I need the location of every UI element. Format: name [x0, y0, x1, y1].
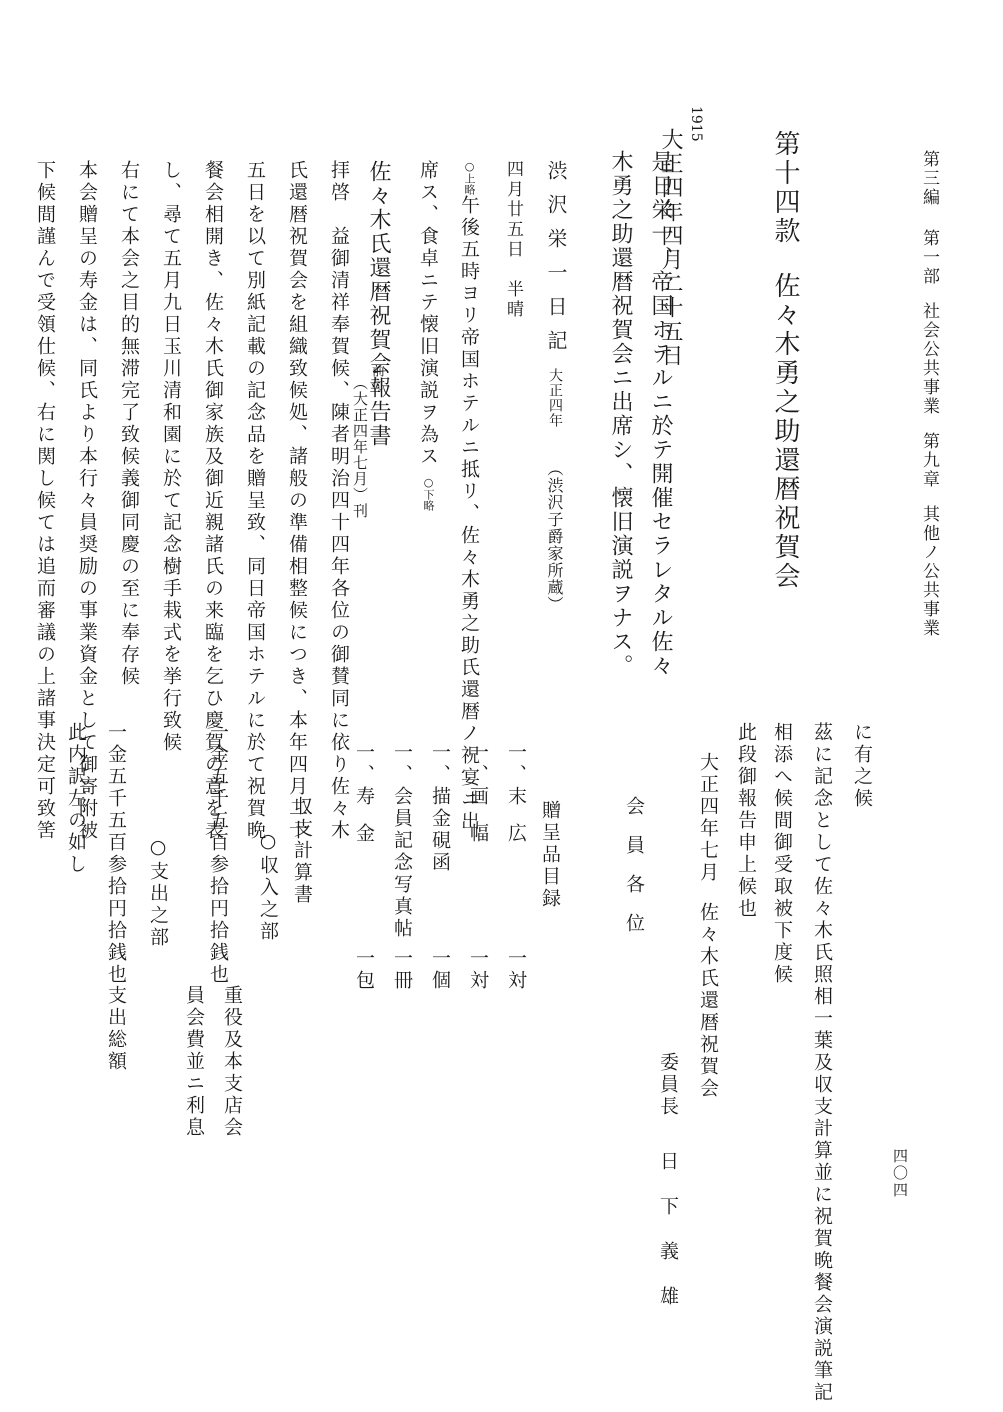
- gift-item: 一、末広: [506, 742, 525, 860]
- gifts-title: 贈呈品目録: [540, 800, 559, 910]
- signer-org: 佐々木氏還暦祝賀会: [698, 902, 717, 1100]
- expense-amount: 一金五千五百参拾円拾銭也: [106, 722, 125, 986]
- income-note: 重役及本支店会: [222, 985, 241, 1139]
- income-label: ○収入之部: [258, 830, 277, 943]
- signer: 委員長 日下義雄: [658, 1052, 677, 1331]
- report-body-line: 氏還暦祝賀会を組織致候処、諸般の準備相整候につき、本年四月二十: [287, 160, 306, 842]
- addressee: 会員各位: [624, 796, 643, 952]
- gift-item: 一、寿金: [354, 742, 373, 860]
- diary-entry: ○上略午後五時ヨリ帝国ホテルニ抵リ、佐々木勇之助氏還暦ノ祝宴ニ出: [459, 160, 478, 833]
- report-body-line: 拝啓 益御清祥奉賀候、陳者明治四十四年各位の御賛同に依り佐々木: [329, 160, 348, 842]
- running-head-part: 第三編: [919, 150, 939, 207]
- report-body-line: に有之候: [852, 722, 871, 810]
- gift-qty: 一対: [506, 948, 525, 992]
- running-head-part: 第一部: [919, 229, 939, 286]
- diary-entry-text: 午後五時ヨリ帝国ホテルニ抵リ、佐々木勇之助氏還暦ノ祝宴ニ出: [458, 195, 480, 833]
- omit-mark: ○上略: [463, 160, 476, 195]
- section-title: 第十四款佐々木勇之助還暦祝賀会: [772, 130, 798, 591]
- report-body-line: 此段御報告申上候也: [736, 722, 755, 920]
- gift-name: 会員記念写真帖: [391, 786, 413, 940]
- expense-label: ○支出之部: [148, 836, 167, 949]
- running-head: 第三編第一部社会公共事業第九章其他ノ公共事業: [920, 150, 937, 638]
- accounts-title: 収支計算書: [292, 796, 311, 906]
- report-date: 大正四年七月: [698, 752, 717, 884]
- section-title-text: 佐々木勇之助還暦祝賀会: [770, 272, 800, 591]
- diary-date: 四月廿五日 半晴: [504, 160, 521, 320]
- gift-mark: 一、: [391, 742, 413, 786]
- diary-entry-text: 席ス、食卓ニテ懐旧演説ヲ為ス: [417, 160, 439, 468]
- gift-item: 一、描金硯函: [430, 742, 449, 874]
- report-body-line: 五日を以て別紙記載の記念品を贈呈致、同日帝国ホテルに於て祝賀晩: [245, 160, 264, 842]
- gift-mark: 一、: [353, 742, 375, 786]
- diary-year: 大正四年: [548, 368, 562, 428]
- diary-source: （渋沢子爵家所蔵）: [546, 460, 562, 613]
- gift-name: 寿金: [353, 786, 375, 860]
- expense-note: 支出総額: [106, 985, 125, 1073]
- report-title: 佐々木氏還暦祝賀会報告書: [367, 160, 389, 448]
- gift-name: 画幅: [467, 786, 489, 860]
- page-number: 四〇四: [892, 1148, 907, 1199]
- running-head-part: 第九章: [919, 432, 939, 489]
- section-number: 第十四款: [770, 130, 800, 246]
- omit-mark: ○下略: [422, 476, 435, 511]
- report-body-line: し、尋て五月九日玉川清和園に於て記念樹手栽式を挙行致候: [161, 160, 180, 754]
- gift-mark: 一、: [505, 742, 527, 786]
- report-body-line: 茲に記念として佐々木氏照相一葉及収支計算並に祝賀晩餐会演説筆記: [812, 722, 831, 1404]
- summary-line: 是日栄一、帝国ホテルニ於テ開催セラレタル佐々: [649, 150, 671, 678]
- diary-entry: 席ス、食卓ニテ懐旧演説ヲ為ス○下略: [418, 160, 437, 511]
- gift-mark: 一、: [467, 742, 489, 786]
- income-note: 員会費並ニ利息: [184, 985, 203, 1139]
- report-body-line: 相添へ候間御受取被下度候: [772, 722, 791, 986]
- gift-qty: 一包: [354, 948, 373, 992]
- gift-name: 描金硯函: [429, 786, 451, 874]
- income-amount: 一金五千五百参拾円拾銭也: [208, 722, 227, 986]
- signer-name: 日下義雄: [657, 1151, 679, 1331]
- report-body-line: 右にて本会之目的無滞完了致候義御同慶の至に奉存候: [119, 160, 138, 688]
- gift-item: 一、画幅: [468, 742, 487, 860]
- running-head-part: 其他ノ公共事業: [919, 505, 939, 638]
- report-note-top: 前付: [370, 364, 383, 392]
- gift-qty: 一冊: [392, 948, 411, 992]
- summary-line: 木勇之助還暦祝賀会ニ出席シ、懐旧演説ヲナス。: [609, 150, 631, 678]
- diary-title: 渋沢栄一日記: [546, 160, 566, 364]
- gift-name: 末広: [505, 786, 527, 860]
- gift-qty: 一対: [468, 948, 487, 992]
- gift-qty: 一個: [430, 948, 449, 992]
- running-head-part: 社会公共事業: [919, 302, 939, 416]
- signer-role: 委員長: [657, 1052, 679, 1118]
- report-body-line: 下候間謹んで受領仕候、右に関し候ては追而審議の上諸事決定可致筈: [35, 160, 54, 842]
- gift-mark: 一、: [429, 742, 451, 786]
- report-note: （大正四年七月）刊: [352, 375, 367, 519]
- western-year: 1915: [689, 106, 703, 142]
- diary-title-text: 渋沢栄一日記: [544, 160, 568, 364]
- breakdown-line: 此内訳左の如し: [66, 722, 85, 876]
- gift-item: 一、会員記念写真帖: [392, 742, 411, 940]
